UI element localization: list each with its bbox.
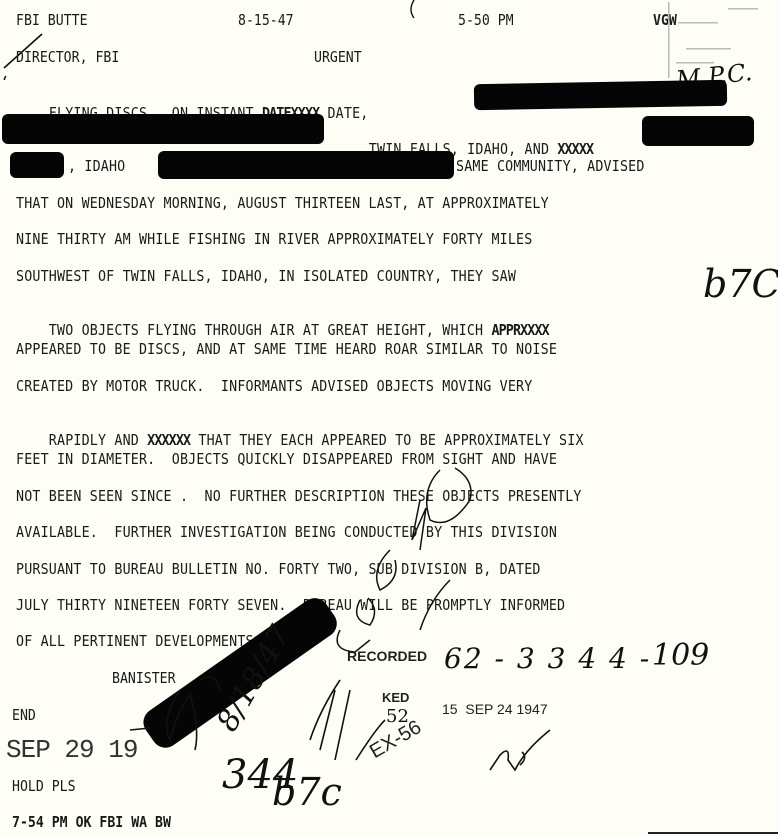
- recorded-stamp: RECORDED: [347, 648, 427, 664]
- priority-label: URGENT: [314, 48, 362, 66]
- faded-stamp: [668, 0, 778, 80]
- end-marker: END: [12, 706, 36, 724]
- redaction-bar: [642, 116, 754, 146]
- body-line-9: CREATED BY MOTOR TRUCK. INFORMANTS ADVIS…: [16, 377, 532, 395]
- struck-text: APPRXXXX: [491, 321, 548, 339]
- received-date-stamp: SEP 29 19: [6, 735, 137, 765]
- body-line-3a: , IDAHO: [68, 157, 125, 175]
- message-date: 8-15-47: [238, 11, 294, 29]
- body-line-3b: SAME COMMUNITY, ADVISED: [456, 157, 645, 175]
- serial-number: 109: [652, 638, 709, 673]
- struck-text: XXXXX: [557, 140, 593, 158]
- struck-text: XXXXXX: [147, 431, 190, 449]
- body-line-6: SOUTHWEST OF TWIN FALLS, IDAHO, IN ISOLA…: [16, 267, 516, 285]
- redaction-bar: [158, 151, 454, 179]
- handwritten-initials-scrawl: [470, 720, 570, 780]
- receipt-date-stamp: 15 SEP 24 1947: [442, 701, 548, 717]
- hold-instruction: HOLD PLS: [12, 777, 76, 795]
- teletype-document: FBI BUTTE 8-15-47 5-50 PM VGW DIRECTOR, …: [0, 0, 778, 836]
- handwritten-b7c-bottom: b7c: [272, 770, 342, 814]
- body-line-5: NINE THIRTY AM WHILE FISHING IN RIVER AP…: [16, 230, 532, 248]
- file-number: 62 - 3 3 4 4 -: [444, 642, 651, 675]
- body-line-16: OF ALL PERTINENT DEVELOPMENTS.: [16, 632, 262, 650]
- addressee: DIRECTOR, FBI: [16, 48, 119, 66]
- indexed-stamp: KED: [382, 690, 409, 705]
- redaction-bar: [10, 152, 64, 178]
- edge-line: [648, 832, 778, 834]
- body-line-8: APPEARED TO BE DISCS, AND AT SAME TIME H…: [16, 340, 557, 358]
- pen-mark-icon: [400, 0, 430, 22]
- redaction-bar: [2, 114, 324, 144]
- handwritten-b7c: b7C: [703, 262, 778, 306]
- redaction-bar: [474, 80, 727, 110]
- message-time: 5-50 PM: [458, 11, 514, 29]
- body-line-4: THAT ON WEDNESDAY MORNING, AUGUST THIRTE…: [16, 194, 549, 212]
